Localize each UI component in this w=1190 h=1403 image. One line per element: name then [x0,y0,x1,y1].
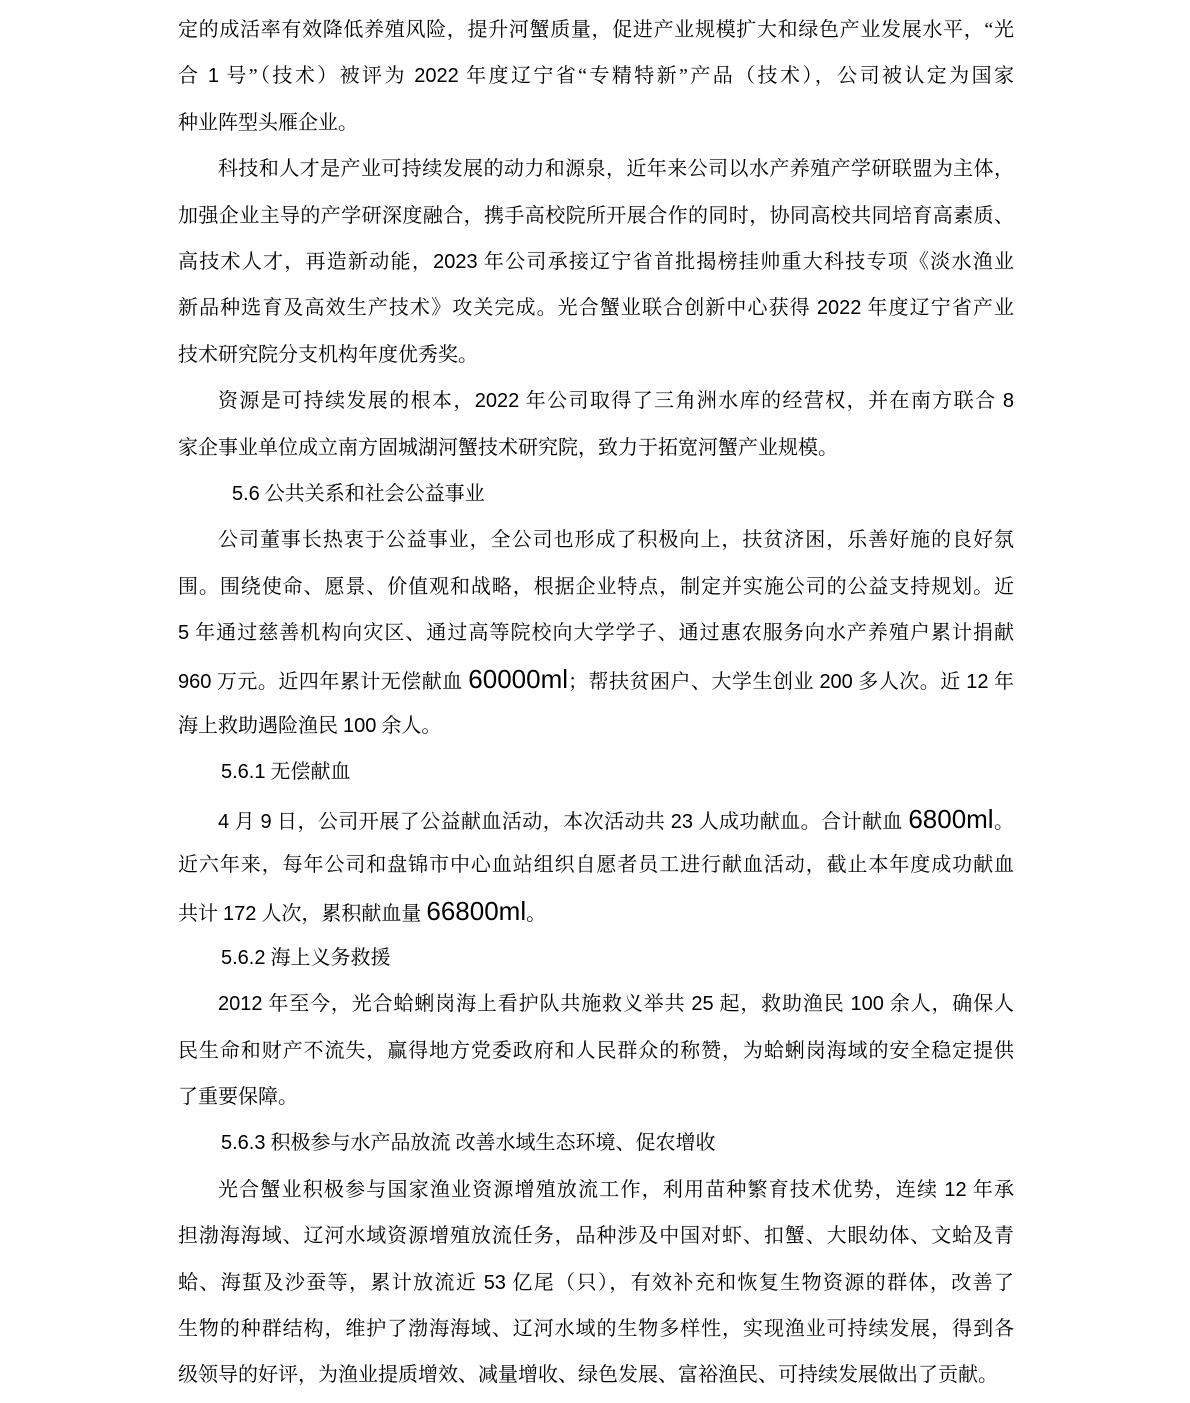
numeric-value: 6800ml [908,804,993,834]
text-line: 2012 年至今，光合蛤蜊岗海上看护队共施救义举共 25 起，救助渔民 100 … [178,981,1014,1027]
numeric-value: 60000ml [468,664,568,694]
numeric-value: 2012 [218,993,263,1015]
numeric-value: 1 [208,65,219,87]
section-heading-5-6-2: 5.6.2 海上义务救援 [178,935,1014,981]
text-line: 家企事业单位成立南方固城湖河蟹技术研究院，致力于拓宽河蟹产业规模。 [178,425,1014,471]
numeric-value: 8 [1003,390,1014,412]
text-line: 加强企业主导的产学研深度融合，携手高校院所开展合作的同时，协同高校共同培育高素质… [178,193,1014,239]
paragraph-stock-release: 光合蟹业积极参与国家渔业资源增殖放流工作，利用苗种繁育技术优势，连续 12 年承… [178,1167,1014,1399]
text-line: 海上救助遇险渔民 100 余人。 [178,703,1014,749]
numeric-value: 5.6.3 [221,1132,265,1154]
text-line: 资源是可持续发展的根本，2022 年公司取得了三角洲水库的经营权，并在南方联合 … [178,378,1014,424]
numeric-value: 66800ml [426,896,526,926]
numeric-value: 4 [218,811,229,833]
numeric-value: 200 [819,671,852,693]
text-line: 民生命和财产不流失，赢得地方党委政府和人民群众的称赞，为蛤蜊岗海域的安全稳定提供 [178,1028,1014,1074]
paragraph-company-honors-continued: 定的成活率有效降低养殖风险，提升河蟹质量，促进产业规模扩大和绿色产业发展水平，“… [178,7,1014,146]
numeric-value: 2022 [414,65,459,87]
text-line: 5 年通过慈善机构向灾区、通过高等院校向大学学子、通过惠农服务向水产养殖户累计捐… [178,610,1014,656]
text-line: 4 月 9 日，公司开展了公益献血活动，本次活动共 23 人成功献血。合计献血 … [178,796,1014,842]
text-line: 了重要保障。 [178,1074,1014,1120]
numeric-value: 2022 [475,390,520,412]
text-line: 5.6 公共关系和社会公益事业 [178,471,1014,517]
paragraph-sea-rescue: 2012 年至今，光合蛤蜊岗海上看护队共施救义举共 25 起，救助渔民 100 … [178,981,1014,1120]
text-line: 合 1 号”（技术）被评为 2022 年度辽宁省“专精特新”产品（技术），公司被… [178,53,1014,99]
numeric-value: 960 [178,671,211,693]
text-line: 5.6.3 积极参与水产品放流 改善水域生态环境、促农增收 [178,1120,1014,1166]
paragraph-public-welfare-overview: 公司董事长热衷于公益事业，全公司也形成了积极向上，扶贫济困，乐善好施的良好氛围。… [178,517,1014,749]
section-heading-5-6-3: 5.6.3 积极参与水产品放流 改善水域生态环境、促农增收 [178,1120,1014,1166]
numeric-value: 2022 [817,297,862,319]
numeric-value: 9 [260,811,271,833]
text-line: 担渤海海域、辽河水域资源增殖放流任务，品种涉及中国对虾、扣蟹、大眼幼体、文蛤及青 [178,1213,1014,1259]
numeric-value: 12 [944,1179,966,1201]
numeric-value: 12 [966,671,988,693]
numeric-value: 23 [671,811,693,833]
document-body: 定的成活率有效降低养殖风险，提升河蟹质量，促进产业规模扩大和绿色产业发展水平，“… [178,7,1014,1399]
paragraph-science-and-talent: 科技和人才是产业可持续发展的动力和源泉，近年来公司以水产养殖产学研联盟为主体，加… [178,146,1014,378]
paragraph-resources: 资源是可持续发展的根本，2022 年公司取得了三角洲水库的经营权，并在南方联合 … [178,378,1014,471]
text-line: 光合蟹业积极参与国家渔业资源增殖放流工作，利用苗种繁育技术优势，连续 12 年承 [178,1167,1014,1213]
text-line: 共计 172 人次，累积献血量 66800ml。 [178,888,1014,934]
text-line: 级领导的好评，为渔业提质增效、减量增收、绿色发展、富裕渔民、可持续发展做出了贡献… [178,1352,1014,1398]
text-line: 960 万元。近四年累计无偿献血 60000ml；帮扶贫困户、大学生创业 200… [178,656,1014,702]
section-heading-5-6-1: 5.6.1 无偿献血 [178,749,1014,795]
text-line: 围。围绕使命、愿景、价值观和战略，根据企业特点，制定并实施公司的公益支持规划。近 [178,564,1014,610]
numeric-value: 172 [223,903,256,925]
numeric-value: 25 [691,993,713,1015]
numeric-value: 5.6.1 [221,761,265,783]
numeric-value: 100 [343,715,376,737]
text-line: 5.6.1 无偿献血 [178,749,1014,795]
numeric-value: 100 [851,993,884,1015]
numeric-value: 5.6 [232,483,260,505]
paragraph-blood-donation: 4 月 9 日，公司开展了公益献血活动，本次活动共 23 人成功献血。合计献血 … [178,796,1014,935]
document-page: 定的成活率有效降低养殖风险，提升河蟹质量，促进产业规模扩大和绿色产业发展水平，“… [0,0,1190,1403]
text-line: 近六年来，每年公司和盘锦市中心血站组织自愿者员工进行献血活动，截止本年度成功献血 [178,842,1014,888]
text-line: 种业阵型头雁企业。 [178,100,1014,146]
text-line: 定的成活率有效降低养殖风险，提升河蟹质量，促进产业规模扩大和绿色产业发展水平，“… [178,7,1014,53]
text-line: 高技术人才，再造新动能，2023 年公司承接辽宁省首批揭榜挂帅重大科技专项《淡水… [178,239,1014,285]
text-line: 公司董事长热衷于公益事业，全公司也形成了积极向上，扶贫济困，乐善好施的良好氛 [178,517,1014,563]
text-line: 5.6.2 海上义务救援 [178,935,1014,981]
numeric-value: 2023 [433,251,478,273]
section-heading-5-6: 5.6 公共关系和社会公益事业 [178,471,1014,517]
numeric-value: 5 [178,622,189,644]
text-line: 新品种选育及高效生产技术》攻关完成。光合蟹业联合创新中心获得 2022 年度辽宁… [178,285,1014,331]
numeric-value: 5.6.2 [221,947,265,969]
text-line: 技术研究院分支机构年度优秀奖。 [178,332,1014,378]
text-line: 蛤、海蜇及沙蚕等，累计放流近 53 亿尾（只），有效补充和恢复生物资源的群体，改… [178,1260,1014,1306]
text-line: 科技和人才是产业可持续发展的动力和源泉，近年来公司以水产养殖产学研联盟为主体， [178,146,1014,192]
text-line: 生物的种群结构，维护了渤海海域、辽河水域的生物多样性，实现渔业可持续发展，得到各 [178,1306,1014,1352]
numeric-value: 53 [484,1272,506,1294]
